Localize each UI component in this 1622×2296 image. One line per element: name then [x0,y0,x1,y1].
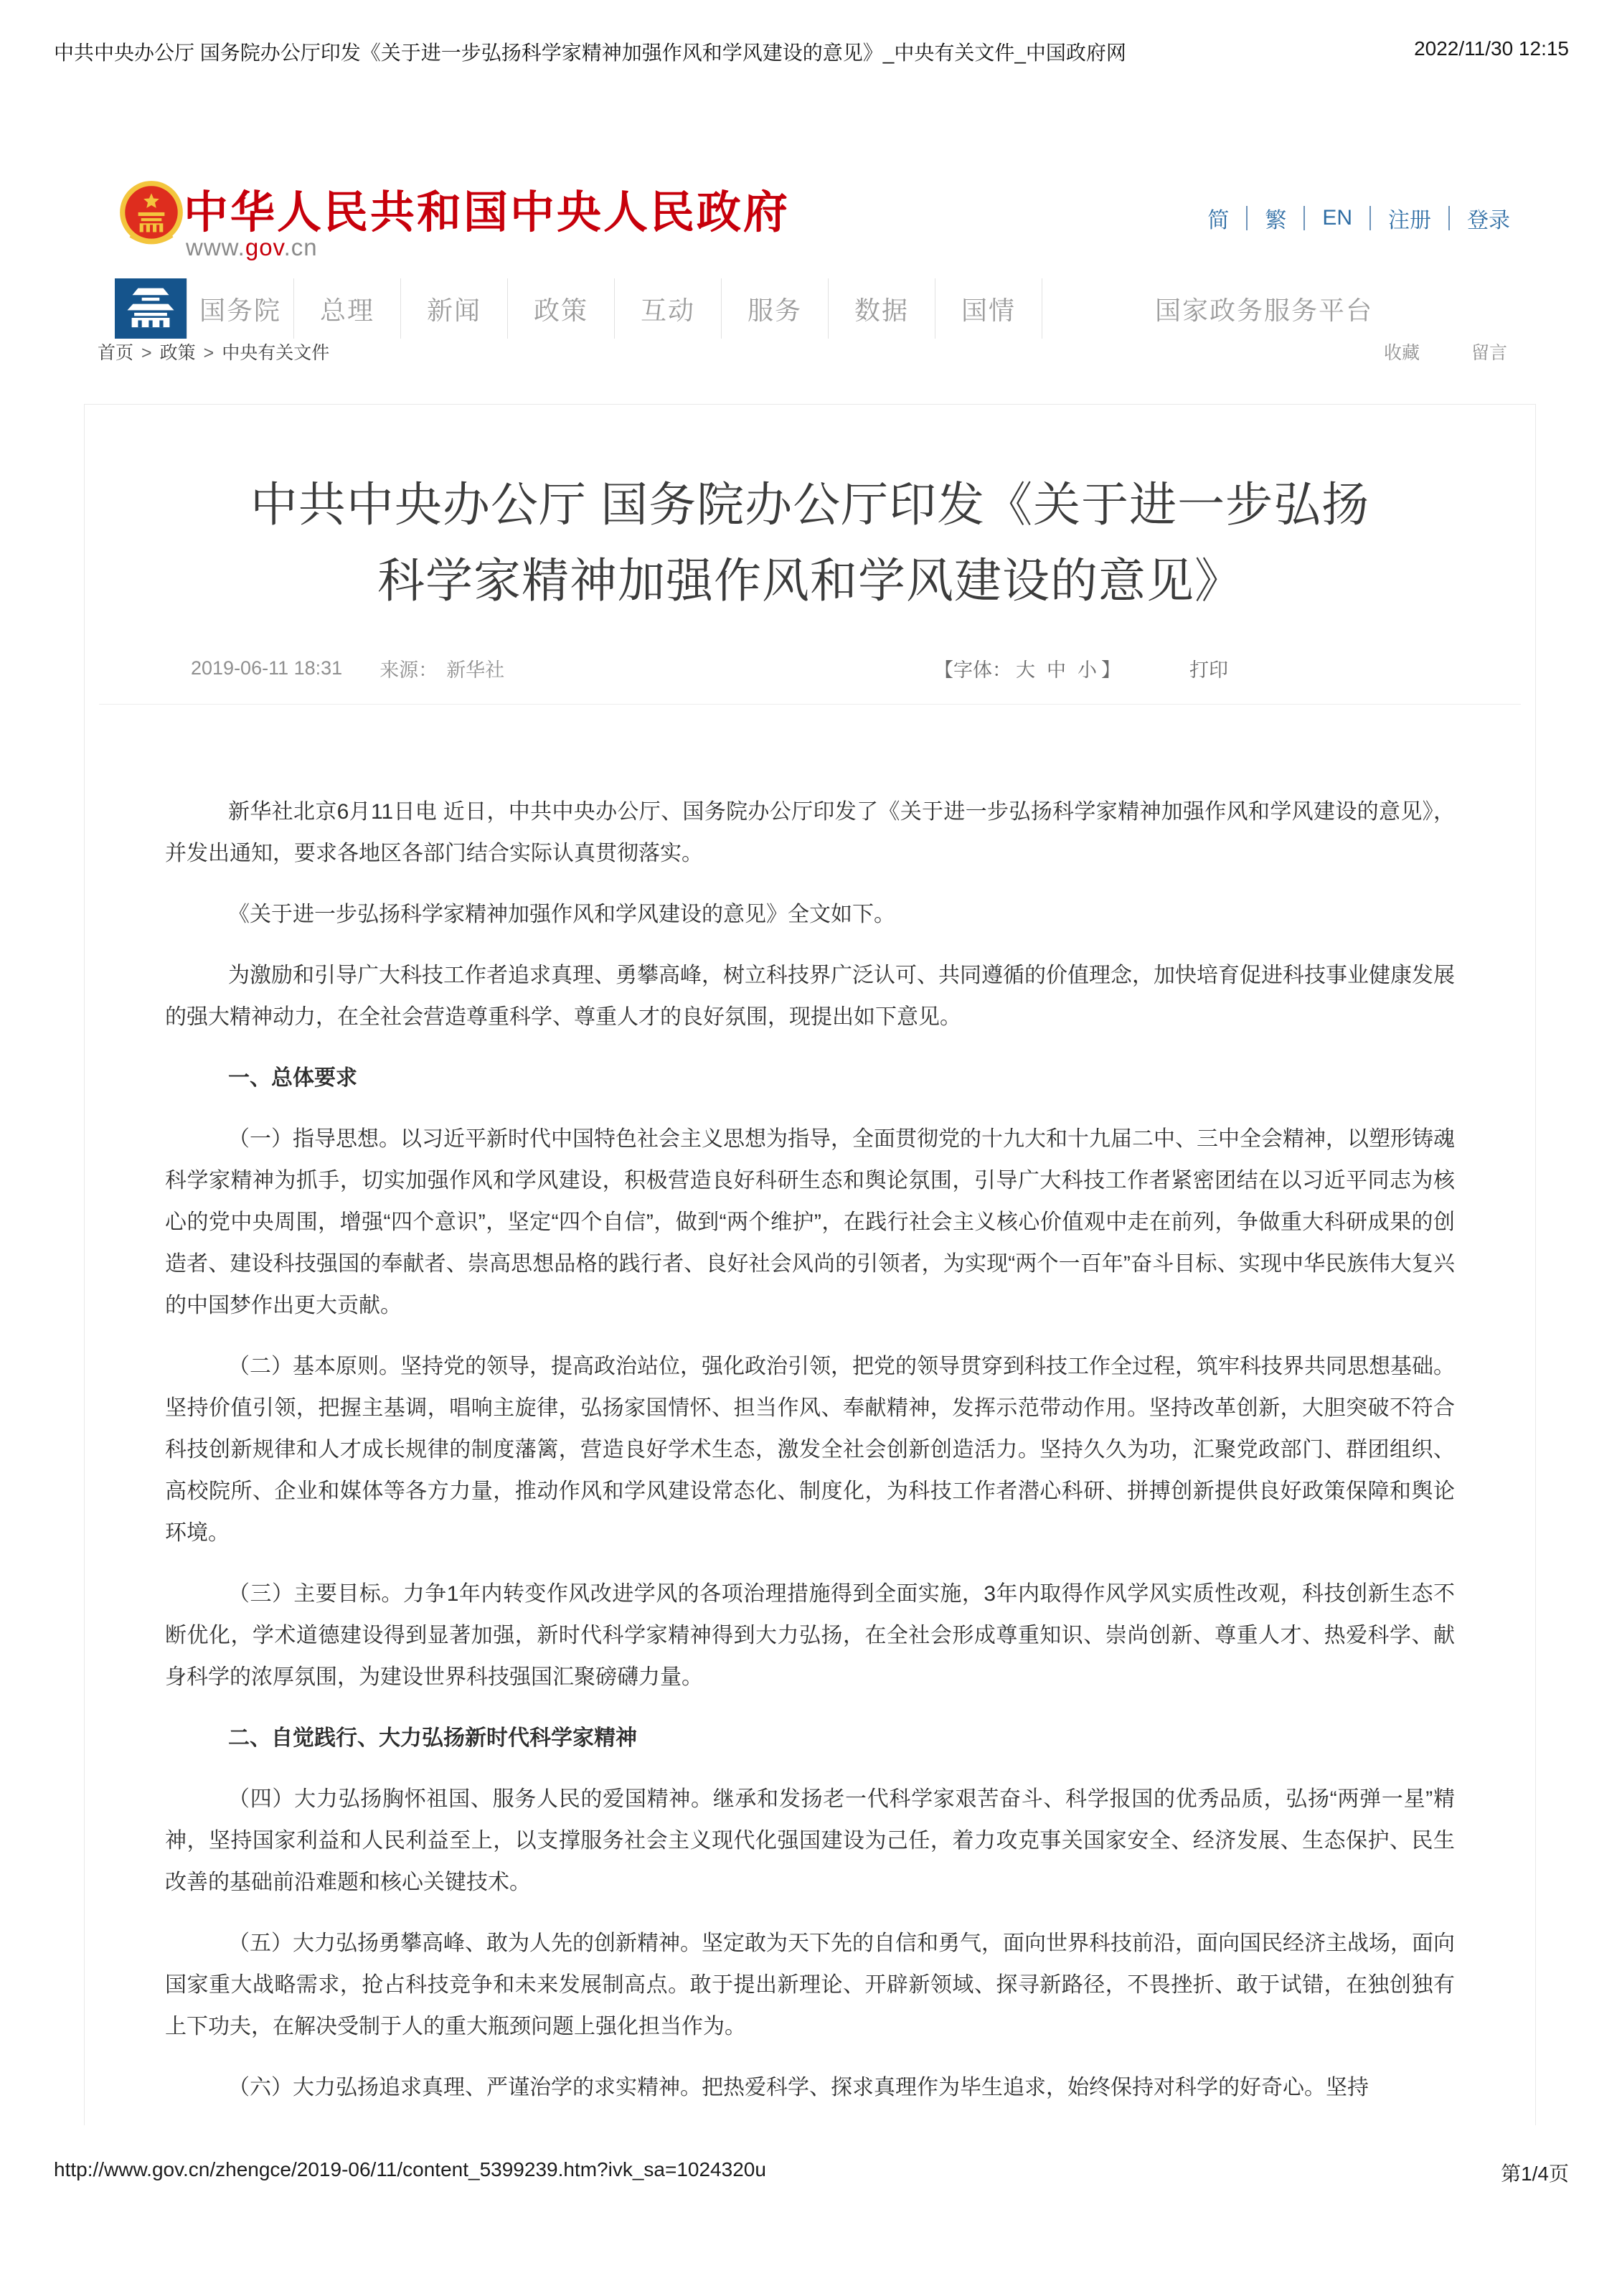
site-url-gov: gov [245,234,284,260]
article-meta: 2019-06-11 18:31 来源： 新华社 【字体： 大中小 】 打印 [85,654,1535,682]
article-paragraph: （四）大力弘扬胸怀祖国、服务人民的爱国精神。继承和发扬老一代科学家艰苦奋斗、科学… [165,1779,1455,1904]
section-heading: 一、总体要求 [165,1058,1455,1099]
nav-item-2[interactable]: 新闻 [400,278,507,339]
source-label: 来源： [379,654,438,682]
article-paragraph: 为激励和引导广大科技工作者追求真理、勇攀高峰，树立科技界广泛认可、共同遵循的价值… [165,955,1455,1038]
site-url: www.gov.cn [186,234,318,261]
page-indicator: 第1/4页 [1501,2158,1569,2187]
breadcrumb-trail: 首页>政策>中央有关文件 [98,339,329,364]
window-title: 中共中央办公厅 国务院办公厅印发《关于进一步弘扬科学家精神加强作风和学风建设的意… [54,37,1126,66]
article-paragraph: （五）大力弘扬勇攀高峰、敢为人先的创新精神。坚定敢为天下先的自信和勇气，面向世界… [165,1923,1455,2048]
top-links: 简繁EN注册登录 [1207,202,1510,234]
main-nav: 国务院总理新闻政策互动服务数据国情国家政务服务平台 [115,278,1486,339]
nav-item-5[interactable]: 服务 [721,278,828,339]
article-card: 中共中央办公厅 国务院办公厅印发《关于进一步弘扬 科学家精神加强作风和学风建设的… [84,404,1536,2125]
site-name: 中华人民共和国中央人民政府 [184,177,790,240]
font-size-small[interactable]: 小 [1078,654,1097,682]
font-size-options: 大中小 [1016,654,1097,682]
top-link-simplified[interactable]: 简 [1207,202,1229,234]
print-header: 中共中央办公厅 国务院办公厅印发《关于进一步弘扬科学家精神加强作风和学风建设的意… [54,37,1569,66]
breadcrumb-actions: 收藏留言 [1384,339,1507,364]
section-heading: 二、自觉践行、大力弘扬新时代科学家精神 [165,1718,1455,1759]
source-value[interactable]: 新华社 [446,654,504,682]
source-url: http://www.gov.cn/zhengce/2019-06/11/con… [54,2158,766,2187]
site-url-cn: .cn [284,234,318,260]
nav-item-7[interactable]: 国情 [935,278,1042,339]
article-paragraph: （六）大力弘扬追求真理、严谨治学的求实精神。把热爱科学、探求真理作为毕生追求，始… [165,2067,1455,2109]
nav-home-button[interactable] [115,278,187,339]
font-size-medium[interactable]: 中 [1047,654,1066,682]
nav-item-8[interactable]: 国家政务服务平台 [1042,278,1486,339]
top-link-divider [1369,206,1371,230]
article-paragraph: （三）主要目标。力争1年内转变作风改进学风的各项治理措施得到全面实施，3年内取得… [165,1573,1455,1698]
nav-item-6[interactable]: 数据 [828,278,935,339]
top-link-english[interactable]: EN [1322,206,1352,230]
article-title-line2: 科学家精神加强作风和学风建设的意见》 [168,542,1452,618]
breadcrumb-separator: > [141,343,152,363]
top-link-divider [1246,206,1248,230]
article-title-line1: 中共中央办公厅 国务院办公厅印发《关于进一步弘扬 [168,466,1452,542]
article-paragraph: 新华社北京6月11日电 近日，中共中央办公厅、国务院办公厅印发了《关于进一步弘扬… [165,791,1455,875]
print-datetime: 2022/11/30 12:15 [1414,37,1569,66]
nav-item-1[interactable]: 总理 [293,278,400,339]
top-link-login[interactable]: 登录 [1467,202,1510,234]
breadcrumb-item-0[interactable]: 首页 [98,343,133,363]
top-link-register[interactable]: 注册 [1388,202,1431,234]
breadcrumb-separator: > [204,343,214,363]
article-paragraph: 《关于进一步弘扬科学家精神加强作风和学风建设的意见》全文如下。 [165,894,1455,936]
article-paragraph: （一）指导思想。以习近平新时代中国特色社会主义思想为指导，全面贯彻党的十九大和十… [165,1119,1455,1327]
site-url-www: www. [186,234,245,260]
publish-date: 2019-06-11 18:31 [191,657,342,679]
top-link-traditional[interactable]: 繁 [1265,202,1286,234]
top-link-divider [1448,206,1450,230]
article-title: 中共中央办公厅 国务院办公厅印发《关于进一步弘扬 科学家精神加强作风和学风建设的… [168,466,1452,618]
meta-tools: 【字体： 大中小 】 打印 [934,654,1228,682]
article-body: 新华社北京6月11日电 近日，中共中央办公厅、国务院办公厅印发了《关于进一步弘扬… [85,705,1535,2109]
page: 中共中央办公厅 国务院办公厅印发《关于进一步弘扬科学家精神加强作风和学风建设的意… [0,0,1622,2296]
font-size-large[interactable]: 大 [1016,654,1035,682]
favorite-button[interactable]: 收藏 [1384,339,1420,364]
print-button[interactable]: 打印 [1189,654,1228,682]
font-size-label-open: 【字体： [934,654,1012,682]
national-emblem-icon [115,179,188,250]
font-size-label-close: 】 [1101,654,1121,682]
breadcrumb: 首页>政策>中央有关文件 收藏留言 [98,339,1507,364]
nav-item-3[interactable]: 政策 [507,278,614,339]
comment-button[interactable]: 留言 [1471,339,1507,364]
print-footer: http://www.gov.cn/zhengce/2019-06/11/con… [54,2158,1569,2187]
nav-item-4[interactable]: 互动 [614,278,721,339]
nav-item-0[interactable]: 国务院 [187,278,293,339]
tiananmen-icon [119,281,182,337]
breadcrumb-item-1[interactable]: 政策 [160,343,196,363]
breadcrumb-item-2: 中央有关文件 [222,343,329,363]
top-link-divider [1303,206,1305,230]
article-paragraph: （二）基本原则。坚持党的领导，提高政治站位，强化政治引领，把党的领导贯穿到科技工… [165,1346,1455,1554]
